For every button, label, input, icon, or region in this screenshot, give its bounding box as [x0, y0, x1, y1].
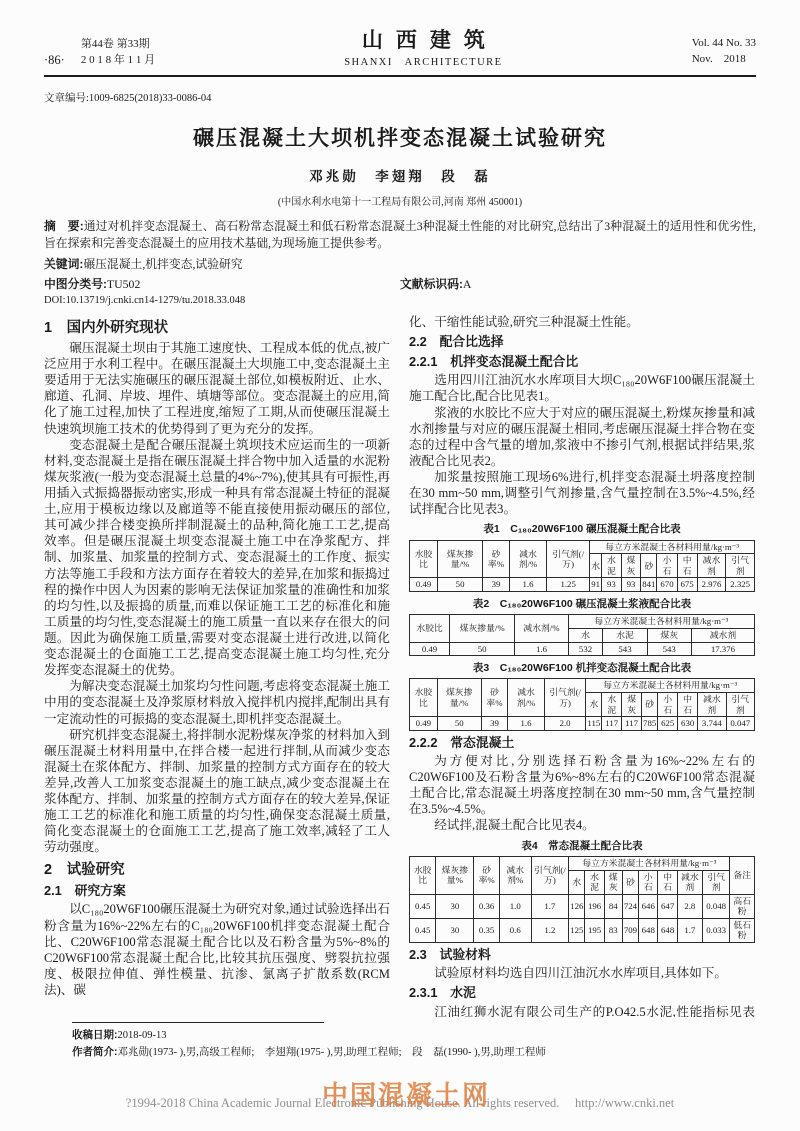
doi: DOI:10.13719/j.cnki.cn14-1279/tu.2018.33…: [44, 295, 756, 306]
paragraph-intro-1: 碾压混凝土坝由于其施工速度快、工程成本低的优点,被广泛应用于水利工程中。在碾压混…: [44, 340, 390, 437]
journal-header: ·86· 第44卷 第33期 2 0 1 8 年 1 1 月 山西建筑 SHAN…: [44, 24, 756, 77]
table-subheader-cell: 减水剂: [677, 870, 702, 894]
paragraph-materials: 试验原材料均选自四川江油沉水水库项目,具体如下。: [409, 965, 755, 981]
table-cell: 2.8: [677, 894, 702, 918]
paper-page: ·86· 第44卷 第33期 2 0 1 8 年 1 1 月 山西建筑 SHAN…: [0, 0, 800, 1131]
table-cell: 0.49: [410, 578, 438, 592]
table-subheader-cell: 中石: [658, 870, 677, 894]
section-1-heading: 1 国内外研究现状: [44, 319, 390, 338]
table-subheader-cell: 煤灰: [604, 870, 622, 894]
table-2-caption: 表2 C₁₈₀20W6F100 碾压混凝土浆液配合比表: [409, 598, 755, 611]
doc-code-value: A: [463, 277, 472, 291]
table-cell: 648: [639, 918, 658, 942]
article-id: 文章编号:1009-6825(2018)33-0086-04: [44, 90, 756, 105]
section-2-2-2-heading: 2.2.2 常态混凝土: [409, 735, 755, 751]
section-2-1-heading: 2.1 研究方案: [44, 883, 390, 899]
keywords-label: 关键词:: [44, 257, 83, 271]
table-header-cell: 引气剂(/万): [544, 679, 586, 717]
section-2-2-1-heading: 2.2.1 机拌变态混凝土配合比: [409, 354, 755, 370]
footnote: 收稿日期:2018-09-13 作者简介:邓兆勋(1973- ),男,高级工程师…: [44, 1022, 756, 1062]
table-4-caption: 表4 常态混凝土配合比表: [409, 840, 755, 853]
table-cell: 724: [622, 894, 638, 918]
table-subheader-cell: 水: [590, 554, 602, 578]
table-cell: 648: [658, 918, 677, 942]
paragraph-mix-1: 选用四川江油沉水水库项目大坝C₁₈₀20W6F100碾压混凝土施工配合比,配合比…: [409, 372, 755, 404]
paragraph-mix-2: 浆液的水胶比不应大于对应的碾压混凝土,粉煤灰掺量和减水剂掺量与对应的碾压混凝土相…: [409, 405, 755, 469]
paragraph-intro-4: 研究机拌变态混凝土,将拌制水泥粉煤灰净浆的材料加入到碾压混凝土材料用量中,在拌合…: [44, 727, 390, 856]
table-header-cell: 煤灰掺量%: [436, 857, 474, 895]
abstract-label: 摘 要:: [44, 219, 84, 233]
table-subheader-cell: 煤灰: [647, 628, 691, 642]
page-number: ·86·: [44, 53, 65, 68]
table-header-cell: 水胶比: [410, 615, 450, 642]
table-cell: 117: [622, 717, 642, 731]
table-row: 0.45300.361.01.7126196847246466472.80.04…: [410, 894, 755, 918]
table-subheader-cell: 水: [569, 870, 585, 894]
table-subheader-cell: 减水剂: [697, 554, 726, 578]
table-cell: 93: [602, 578, 622, 592]
table-cell: 93: [621, 578, 641, 592]
table-cell: 2.976: [697, 578, 726, 592]
table-header-cell: 砂率%: [483, 540, 510, 578]
table-subheader-cell: 水泥: [602, 693, 622, 717]
table-cell: 675: [677, 578, 697, 592]
keywords: 关键词:碾压混凝土,机拌变态,试验研究: [44, 255, 756, 272]
table-cell: 50: [437, 717, 481, 731]
table-cell: 30: [436, 894, 474, 918]
doc-code-label: 文献标识码:: [400, 277, 463, 291]
table-cell: 1.25: [547, 578, 590, 592]
table-row: 0.4950391.62.01151171177856256303.7440.0…: [410, 717, 755, 731]
received-date: 收稿日期:2018-09-13: [44, 1027, 756, 1044]
table-span-header: 每立方米混凝土各材料用量/kg·m⁻³: [586, 679, 755, 693]
table-row: 0.49501.653254354317.376: [410, 642, 755, 656]
journal-title-cn: 山西建筑: [344, 24, 502, 54]
table-subheader-cell: 砂: [642, 693, 658, 717]
table-cell: 83: [604, 918, 622, 942]
table-cell: 1.6: [509, 578, 546, 592]
table-cell: 低石粉: [730, 918, 755, 942]
journal-header-center: 山西建筑 SHANXI ARCHITECTURE: [344, 24, 502, 68]
table-header-cell: 水胶比: [410, 679, 438, 717]
table-cell: 0.6: [499, 918, 531, 942]
table-cell: 30: [436, 918, 474, 942]
author-bio-text: 邓兆勋(1973- ),男,高级工程师; 李翅翔(1975- ),男,助理工程师…: [118, 1047, 546, 1058]
table-cell: 646: [639, 894, 658, 918]
body-columns: 1 国内外研究现状 碾压混凝土坝由于其施工速度快、工程成本低的优点,被广泛应用于…: [44, 314, 756, 1017]
paragraph-intro-2: 变态混凝土是配合碾压混凝土筑坝技术应运而生的一项新材料,变态混凝土是指在碾压混凝…: [44, 437, 390, 679]
table-cell: 1.7: [677, 918, 702, 942]
abstract-text: 通过对机拌变态混凝土、高石粉常态混凝土和低石粉常态混凝土3种混凝土性能的对比研究…: [44, 219, 756, 250]
table-cell: 2.0: [544, 717, 586, 731]
received-date-label: 收稿日期:: [72, 1029, 118, 1041]
table-cell: 39: [481, 717, 508, 731]
table-cell: 1.2: [531, 918, 569, 942]
table-cell: 709: [622, 918, 638, 942]
table-subheader-cell: 水: [586, 693, 602, 717]
table-row: 0.45300.350.61.2125195837096486481.70.03…: [410, 918, 755, 942]
table-header-cell: 减水剂/%: [508, 679, 544, 717]
paragraph-mix-3: 加浆量按照施工现场6%进行,机拌变态混凝土坍落度控制在30 mm~50 mm,调…: [409, 469, 755, 517]
article-title: 碾压混凝土大坝机拌变态混凝土试验研究: [44, 122, 756, 152]
table-cell: 543: [603, 642, 647, 656]
table-cell: 647: [658, 894, 677, 918]
table-subheader-cell: 砂: [622, 870, 638, 894]
table-header-cell: 引气剂(/万): [531, 857, 569, 895]
table-subheader-cell: 砂: [641, 554, 657, 578]
table-cell: 39: [483, 578, 510, 592]
table-header-cell: 减水剂%: [499, 857, 531, 895]
table-subheader-cell: 煤灰: [621, 554, 641, 578]
table-cell: 0.45: [410, 894, 436, 918]
section-2-2-heading: 2.2 配合比选择: [409, 334, 755, 350]
table-header-cell: 水胶比: [410, 540, 438, 578]
table-header-cell: 引气剂(/万): [547, 540, 590, 578]
table-header-cell: 减水剂/%: [509, 540, 546, 578]
authors: 邓兆勋 李翅翔 段 磊: [44, 165, 756, 185]
table-cell: 543: [647, 642, 691, 656]
left-column: 1 国内外研究现状 碾压混凝土坝由于其施工速度快、工程成本低的优点,被广泛应用于…: [44, 314, 390, 1017]
table-cell: 670: [657, 578, 677, 592]
table-cell: 91: [590, 578, 602, 592]
table-subheader-cell: 中石: [678, 693, 698, 717]
journal-header-left: ·86· 第44卷 第33期 2 0 1 8 年 1 1 月: [44, 37, 155, 68]
abstract: 摘 要:通过对机拌变态混凝土、高石粉常态混凝土和低石粉常态混凝土3种混凝土性能的…: [44, 218, 756, 252]
table-subheader-cell: 减水剂: [691, 628, 754, 642]
table-cell: 50: [450, 642, 515, 656]
table-3: 水胶比煤灰掺量/%砂率%减水剂/%引气剂(/万)每立方米混凝土各材料用量/kg·…: [409, 678, 755, 730]
table-cell: 0.048: [702, 894, 730, 918]
table-subheader-cell: 水泥: [585, 870, 604, 894]
section-2-3-heading: 2.3 试验材料: [409, 947, 755, 963]
table-cell: 1.6: [508, 717, 544, 731]
table-subheader-cell: 小石: [658, 693, 678, 717]
table-3-caption: 表3 C₁₈₀20W6F100 机拌变态混凝土配合比表: [409, 662, 755, 675]
table-cell: 高石粉: [730, 894, 755, 918]
clc-value: TU502: [107, 277, 140, 291]
table-header-cell: 砂率%: [474, 857, 499, 895]
table-subheader-cell: 煤灰: [622, 693, 642, 717]
table-cell: 0.49: [410, 642, 450, 656]
table-cell: 84: [604, 894, 622, 918]
section-2-3-1-heading: 2.3.1 水泥: [409, 985, 755, 1001]
paragraph-intro-3: 为解决变态混凝土加浆均匀性问题,考虑将变态混凝土施工中用的变态混凝土及净浆原材料…: [44, 678, 390, 726]
journal-title-en: SHANXI ARCHITECTURE: [344, 57, 502, 68]
table-cell: 0.36: [474, 894, 499, 918]
table-header-cell: 煤灰掺量/%: [450, 615, 515, 642]
table-cell: 115: [586, 717, 602, 731]
table-subheader-cell: 引气剂: [726, 693, 754, 717]
table-header-cell: 水胶比: [410, 857, 436, 895]
table-header-cell: 备注: [730, 857, 755, 895]
table-span-header: 每立方米混凝土各材料用量/kg·m⁻³: [590, 540, 755, 554]
paragraph-normal-concrete-1: 为方便对比,分别选择石粉含量为16%~22%左右的C20W6F100及石粉含量为…: [409, 753, 755, 817]
table-header-cell: 砂率%: [481, 679, 508, 717]
table-cell: 17.376: [691, 642, 754, 656]
table-cell: 0.047: [726, 717, 754, 731]
table-subheader-cell: 引气剂: [702, 870, 730, 894]
table-cell: 117: [602, 717, 622, 731]
paragraph-research-plan: 以C₁₈₀20W6F100碾压混凝土为研究对象,通过试验选择出石粉含量为16%~…: [44, 901, 390, 998]
table-1: 水胶比煤灰掺量/%砂率%减水剂/%引气剂(/万)每立方米混凝土各材料用量/kg·…: [409, 540, 755, 592]
table-subheader-cell: 水泥: [603, 628, 647, 642]
table-cell: 630: [678, 717, 698, 731]
author-bio: 作者简介:邓兆勋(1973- ),男,高级工程师; 李翅翔(1975- ),男,…: [44, 1044, 756, 1061]
table-cell: 196: [585, 894, 604, 918]
table-subheader-cell: 中石: [677, 554, 697, 578]
table-subheader-cell: 引气剂: [726, 554, 755, 578]
watermark: 中国混凝土网: [322, 1075, 490, 1112]
table-cell: 785: [642, 717, 658, 731]
table-cell: 0.033: [702, 918, 730, 942]
table-cell: 50: [438, 578, 483, 592]
table-cell: 2.325: [726, 578, 755, 592]
table-subheader-cell: 减水剂: [698, 693, 726, 717]
table-subheader-cell: 小石: [657, 554, 677, 578]
table-1-caption: 表1 C₁₈₀20W6F100 碾压混凝土配合比表: [409, 523, 755, 536]
author-bio-label: 作者简介:: [72, 1046, 118, 1058]
footnote-rule: [72, 1022, 324, 1023]
table-cell: 0.35: [474, 918, 499, 942]
keywords-text: 碾压混凝土,机拌变态,试验研究: [83, 257, 242, 271]
table-cell: 0.49: [410, 717, 438, 731]
table-header-cell: 煤灰掺量/%: [437, 679, 481, 717]
paragraph-continuation: 化、干缩性能试验,研究三种混凝土性能。: [409, 314, 755, 330]
table-cell: 3.744: [698, 717, 726, 731]
table-cell: 841: [641, 578, 657, 592]
table-subheader-cell: 小石: [639, 870, 658, 894]
table-cell: 1.6: [515, 642, 568, 656]
document-code: 文献标识码:A: [400, 275, 471, 292]
table-header-cell: 煤灰掺量/%: [438, 540, 483, 578]
table-subheader-cell: 水: [568, 628, 603, 642]
table-cell: 1.0: [499, 894, 531, 918]
paragraph-normal-concrete-2: 经试拌,混凝土配合比见表4。: [409, 817, 755, 833]
table-cell: 125: [569, 918, 585, 942]
right-column: 化、干缩性能试验,研究三种混凝土性能。 2.2 配合比选择 2.2.1 机拌变态…: [409, 314, 755, 1017]
volume-issue-en: Vol. 44 No. 33 Nov. 2018: [692, 36, 756, 68]
clc-label: 中图分类号:: [44, 277, 107, 291]
section-2-heading: 2 试验研究: [44, 861, 390, 880]
table-cell: 625: [658, 717, 678, 731]
paragraph-cement: 江油红狮水泥有限公司生产的P.O42.5水泥,性能指标见表5。: [409, 1004, 755, 1017]
classification-row: 中图分类号:TU502 文献标识码:A: [44, 275, 756, 292]
table-row: 0.4950391.61.259193938416706752.9762.325: [410, 578, 755, 592]
volume-issue-cn: 第44卷 第33期 2 0 1 8 年 1 1 月: [81, 37, 155, 68]
table-cell: 1.7: [531, 894, 569, 918]
table-cell: 532: [568, 642, 603, 656]
clc-number: 中图分类号:TU502: [44, 275, 400, 292]
table-cell: 126: [569, 894, 585, 918]
received-date-value: 2018-09-13: [118, 1030, 167, 1041]
table-span-header: 每立方米混凝土各材料用量/kg·m⁻³: [569, 857, 730, 871]
table-header-cell: 减水剂/%: [515, 615, 568, 642]
table-2: 水胶比煤灰掺量/%减水剂/%每立方米混凝土各材料用量/kg·m⁻³水水泥煤灰减水…: [409, 614, 755, 656]
table-subheader-cell: 水泥: [602, 554, 622, 578]
table-span-header: 每立方米混凝土各材料用量/kg·m⁻³: [568, 615, 754, 629]
table-4: 水胶比煤灰掺量%砂率%减水剂%引气剂(/万)每立方米混凝土各材料用量/kg·m⁻…: [409, 856, 755, 943]
affiliation: (中国水利水电第十一工程局有限公司,河南 郑州 450001): [44, 193, 756, 208]
table-cell: 0.45: [410, 918, 436, 942]
table-cell: 195: [585, 918, 604, 942]
